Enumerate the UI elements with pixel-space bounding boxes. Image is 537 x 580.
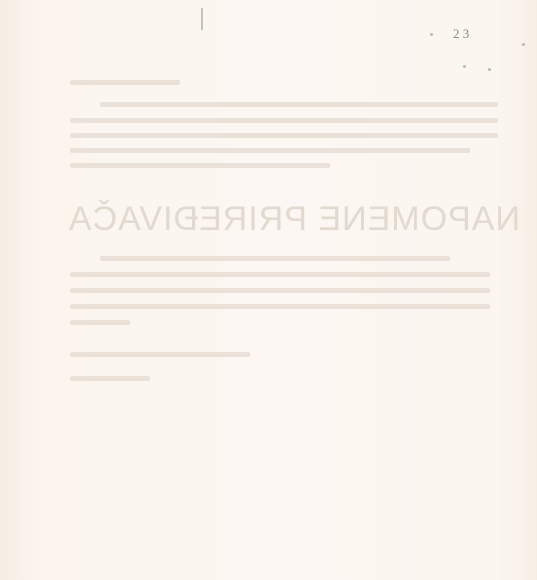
speck	[430, 33, 433, 36]
mirrored-heading: NAPOMENE PRIREĐIVAČA	[70, 200, 520, 239]
speck	[522, 43, 525, 46]
scanned-page: 2 3 NAPOMENE PRIREĐIVAČA	[0, 0, 537, 580]
speck	[488, 68, 491, 71]
margin-annotation: 2 3	[453, 26, 469, 42]
pencil-mark	[201, 8, 203, 30]
speck	[463, 65, 466, 68]
